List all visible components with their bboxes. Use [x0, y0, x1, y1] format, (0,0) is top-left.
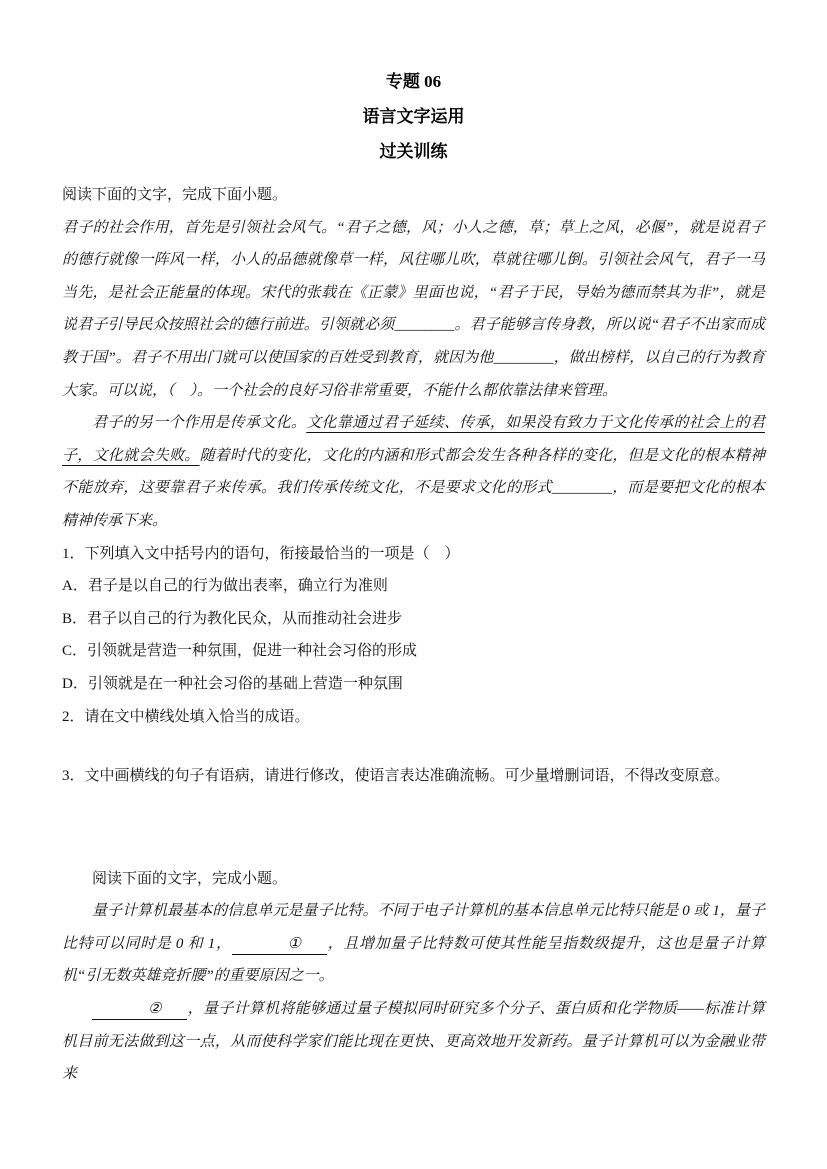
passage1-paragraph-2-pre: 君子的另一个作用是传承文化。 [92, 415, 306, 431]
question-1-option-c: C．引领就是营造一种氛围，促进一种社会习俗的形成 [62, 635, 765, 668]
fill-blank-2: ② [92, 999, 187, 1020]
page-title-section: 过关训练 [62, 134, 765, 169]
passage1-instruction: 阅读下面的文字，完成下面小题。 [62, 179, 765, 212]
question-3: 3．文中画横线的句子有语病，请进行修改，使语言表达准确流畅。可少量增删词语，不得… [62, 760, 765, 793]
fill-blank-1: ① [232, 934, 327, 955]
passage1-paragraph-1: 君子的社会作用，首先是引领社会风气。“君子之德，风；小人之德，草；草上之风，必偃… [62, 212, 765, 408]
question-2: 2．请在文中横线处填入恰当的成语。 [62, 701, 765, 734]
page-title-topic: 专题 06 [62, 64, 765, 99]
page-title-subject: 语言文字运用 [62, 99, 765, 134]
document-page: 专题 06 语言文字运用 过关训练 阅读下面的文字，完成下面小题。 君子的社会作… [0, 0, 827, 1169]
question-1-option-d: D．引领就是在一种社会习俗的基础上营造一种氛围 [62, 668, 765, 701]
passage2-paragraph-1: 量子计算机最基本的信息单元是量子比特。不同于电子计算机的基本信息单元比特只能是 … [62, 895, 765, 993]
passage2-instruction: 阅读下面的文字，完成小题。 [62, 863, 765, 896]
passage1-paragraph-2: 君子的另一个作用是传承文化。文化靠通过君子延续、传承，如果没有致力于文化传承的社… [62, 407, 765, 537]
question-1-option-a: A．君子是以自己的行为做出表率，确立行为准则 [62, 570, 765, 603]
passage2-paragraph-2: ②，量子计算机将能够通过量子模拟同时研究多个分子、蛋白质和化学物质——标准计算机… [62, 993, 765, 1091]
question-1-option-b: B．君子以自己的行为教化民众，从而推动社会进步 [62, 603, 765, 636]
question-1: 1．下列填入文中括号内的语句，衔接最恰当的一项是（ ） [62, 538, 765, 571]
